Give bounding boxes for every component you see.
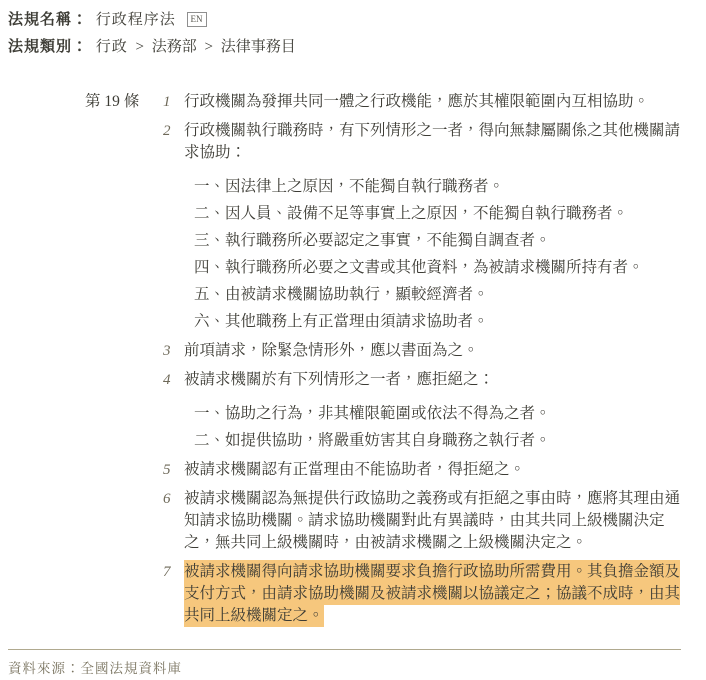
paragraph-number: 7 (163, 561, 184, 627)
paragraph-number: 2 (163, 120, 184, 333)
paragraph-text: 被請求機關於有下列情形之一者，應拒絕之： (184, 369, 684, 391)
data-source-text: 資料來源：全國法規資料庫 (8, 657, 681, 677)
list-item: 二、因人員、設備不足等事實上之原因，不能獨自執行職務者。 (194, 203, 684, 225)
paragraph-5: 5 被請求機關認有正當理由不能協助者，得拒絕之。 (163, 459, 684, 481)
paragraph-3: 3 前項請求，除緊急情形外，應以書面為之。 (163, 340, 684, 362)
english-version-link[interactable]: EN (187, 12, 207, 27)
list-item: 一、協助之行為，非其權限範圍或依法不得為之者。 (194, 403, 684, 425)
law-name-value: 行政程序法 (96, 12, 176, 28)
breadcrumb-separator: > (136, 39, 144, 55)
paragraph-number: 5 (163, 459, 184, 481)
subitem-list: 一、協助之行為，非其權限範圍或依法不得為之者。 二、如提供協助，將嚴重妨害其自身… (194, 403, 684, 452)
breadcrumb-subcategory[interactable]: 法律事務目 (221, 39, 296, 55)
page-header: 法規名稱： 行政程序法 EN 法規類別： 行政 > 法務部 > 法律事務目 (0, 0, 706, 61)
paragraph-text-highlighted: 被請求機關得向請求協助機關要求負擔行政協助所需費用。其負擔金額及支付方式，由請求… (184, 561, 684, 627)
breadcrumb-separator: > (205, 39, 213, 55)
paragraph-4: 4 被請求機關於有下列情形之一者，應拒絕之： 一、協助之行為，非其權限範圍或依法… (163, 369, 684, 452)
paragraph-text: 行政機關為發揮共同一體之行政機能，應於其權限範圍內互相協助。 (184, 91, 684, 113)
list-item: 一、因法律上之原因，不能獨自執行職務者。 (194, 176, 684, 198)
list-item: 五、由被請求機關協助執行，顯較經濟者。 (194, 284, 684, 306)
subitem-list: 一、因法律上之原因，不能獨自執行職務者。 二、因人員、設備不足等事實上之原因，不… (194, 176, 684, 333)
highlight-mark: 被請求機關得向請求協助機關要求負擔行政協助所需費用。其負擔金額及支付方式，由請求… (184, 560, 680, 627)
paragraph-1: 1 行政機關為發揮共同一體之行政機能，應於其權限範圍內互相協助。 (163, 91, 684, 113)
law-name-row: 法規名稱： 行政程序法 EN (8, 7, 698, 34)
law-name-label: 法規名稱： (8, 12, 88, 28)
article-number: 第 19 條 (85, 91, 163, 634)
article-paragraphs: 1 行政機關為發揮共同一體之行政機能，應於其權限範圍內互相協助。 2 行政機關執… (163, 91, 684, 634)
list-item: 二、如提供協助，將嚴重妨害其自身職務之執行者。 (194, 430, 684, 452)
breadcrumb-category[interactable]: 行政 (96, 39, 128, 55)
paragraph-text: 被請求機關認為無提供行政協助之義務或有拒絕之事由時，應將其理由通知請求協助機關。… (184, 488, 684, 554)
breadcrumb-agency[interactable]: 法務部 (152, 39, 197, 55)
paragraph-6: 6 被請求機關認為無提供行政協助之義務或有拒絕之事由時，應將其理由通知請求協助機… (163, 488, 684, 554)
paragraph-number: 4 (163, 369, 184, 452)
paragraph-number: 3 (163, 340, 184, 362)
list-item: 六、其他職務上有正當理由須請求協助者。 (194, 311, 684, 333)
paragraph-7: 7 被請求機關得向請求協助機關要求負擔行政協助所需費用。其負擔金額及支付方式，由… (163, 561, 684, 627)
paragraph-number: 1 (163, 91, 184, 113)
list-item: 三、執行職務所必要認定之事實，不能獨自調查者。 (194, 230, 684, 252)
law-category-label: 法規類別： (8, 39, 88, 55)
paragraph-text: 前項請求，除緊急情形外，應以書面為之。 (184, 340, 684, 362)
list-item: 四、執行職務所必要之文書或其他資料，為被請求機關所持有者。 (194, 257, 684, 279)
paragraph-text: 行政機關執行職務時，有下列情形之一者，得向無隸屬關係之其他機關請求協助： (184, 120, 684, 164)
page-footer: 資料來源：全國法規資料庫 (8, 649, 681, 677)
paragraph-text: 被請求機關認有正當理由不能協助者，得拒絕之。 (184, 459, 684, 481)
law-category-row: 法規類別： 行政 > 法務部 > 法律事務目 (8, 34, 698, 61)
paragraph-2: 2 行政機關執行職務時，有下列情形之一者，得向無隸屬關係之其他機關請求協助： 一… (163, 120, 684, 333)
article-content: 第 19 條 1 行政機關為發揮共同一體之行政機能，應於其權限範圍內互相協助。 … (0, 91, 706, 634)
paragraph-number: 6 (163, 488, 184, 554)
law-article-page: 法規名稱： 行政程序法 EN 法規類別： 行政 > 法務部 > 法律事務目 第 … (0, 0, 706, 680)
